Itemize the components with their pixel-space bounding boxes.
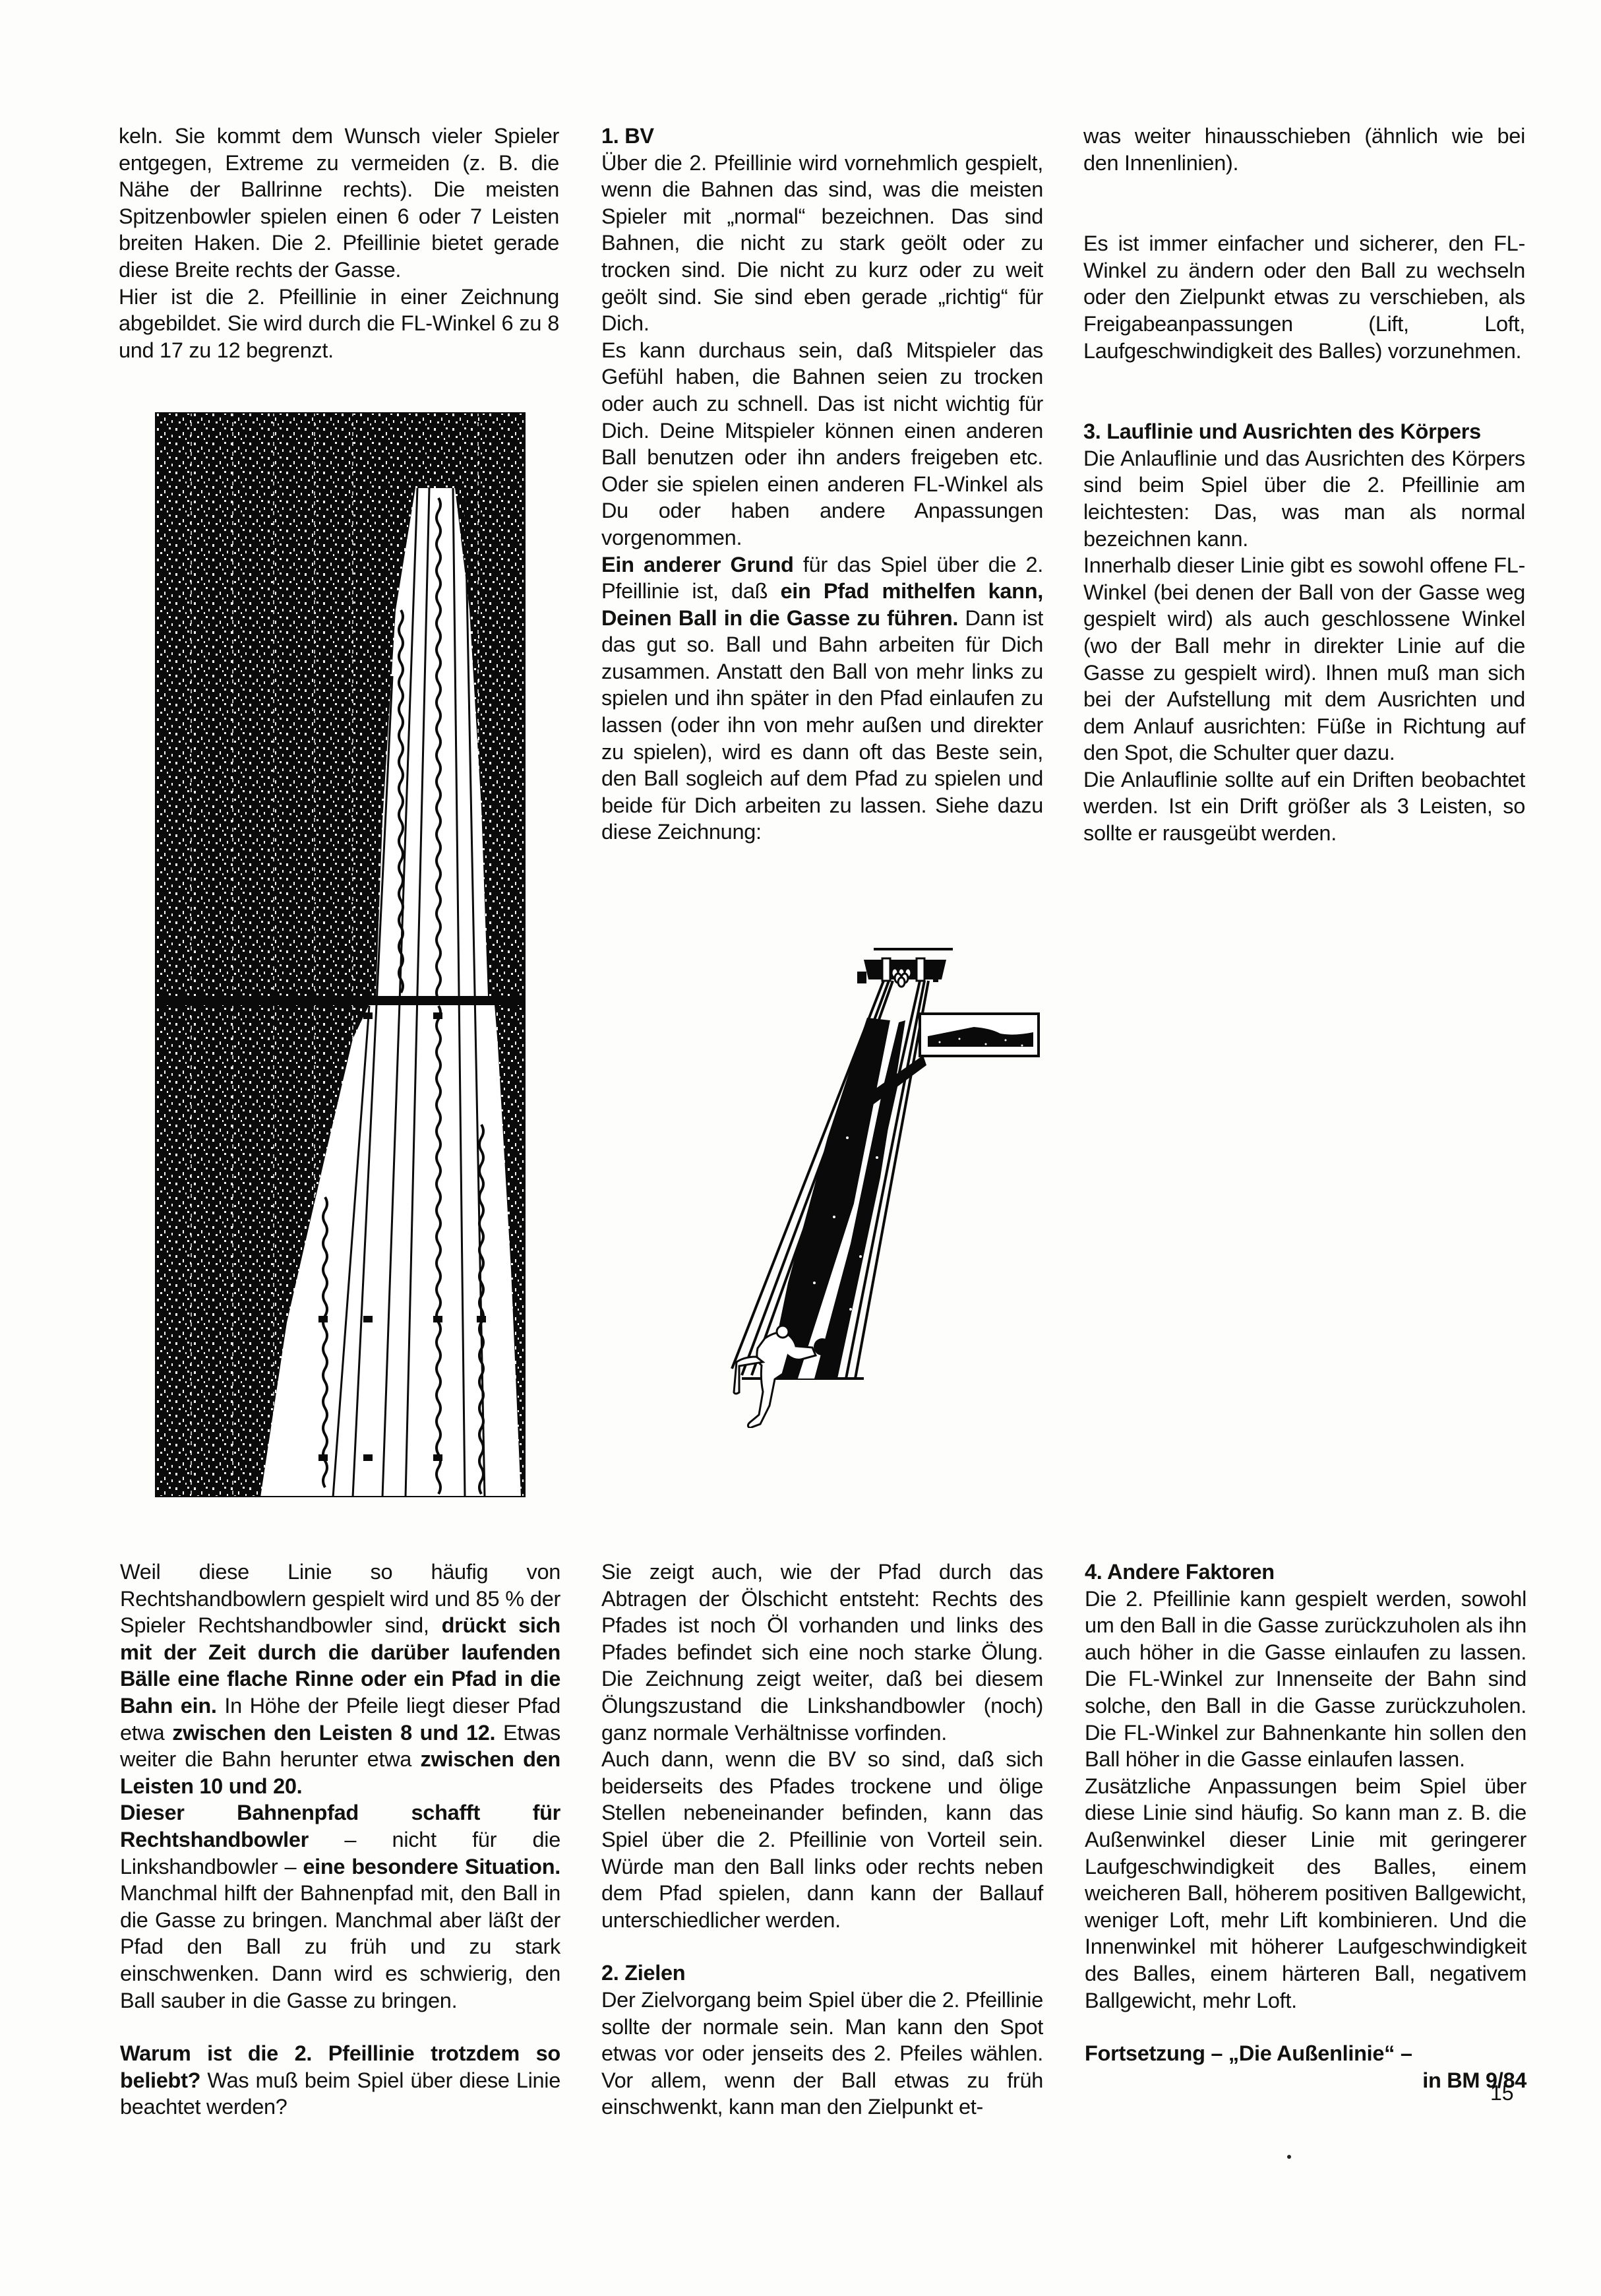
section-heading-lauflinie: 3. Lauflinie und Ausrichten des Körpers xyxy=(1083,418,1525,445)
paragraph: Die Anlauflinie und das Ausrichten des K… xyxy=(1083,445,1525,552)
paragraph: Die 2. Pfeillinie kann gespielt werden, … xyxy=(1085,1586,1526,1773)
top-column-3: was weiter hinausschieben (ähnlich wie b… xyxy=(1083,123,1525,847)
page-number: 15 xyxy=(1490,2081,1514,2105)
paragraph: Auch dann, wenn die BV so sind, daß sich… xyxy=(601,1746,1043,1933)
bottom-column-2: Sie zeigt auch, wie der Pfad durch das A… xyxy=(601,1559,1043,2121)
paragraph: Es kann durchaus sein, daß Mitspieler da… xyxy=(601,337,1043,551)
paragraph: keln. Sie kommt dem Wunsch vieler Spiele… xyxy=(119,123,559,284)
bottom-column-3: 4. Andere Faktoren Die 2. Pfeillinie kan… xyxy=(1085,1559,1526,2094)
paragraph: Dieser Bahnenpfad schafft für Rechtshand… xyxy=(120,1799,560,2014)
paragraph: Über die 2. Pfeillinie wird vornehmlich … xyxy=(601,150,1043,337)
section-heading-andere-faktoren: 4. Andere Faktoren xyxy=(1085,1559,1526,1586)
paragraph: was weiter hinausschieben (ähnlich wie b… xyxy=(1083,123,1525,176)
paragraph: Sie zeigt auch, wie der Pfad durch das A… xyxy=(601,1559,1043,1746)
top-column-1: keln. Sie kommt dem Wunsch vieler Spiele… xyxy=(119,123,559,363)
emphasis: Ein anderer Grund xyxy=(601,553,794,576)
paragraph: Zusätzliche Anpassungen beim Spiel über … xyxy=(1085,1773,1526,2014)
section-heading-bv: 1. BV xyxy=(601,123,1043,150)
paragraph: Warum ist die 2. Pfeillinie trotzdem so … xyxy=(120,2040,560,2121)
continuation-note: Fortsetzung – „Die Außenlinie“ – xyxy=(1085,2040,1526,2067)
oil-pattern-lane-diagram-icon xyxy=(155,412,526,1497)
bowler-on-lane-diagram-icon xyxy=(722,940,1315,1428)
paragraph: Innerhalb dieser Linie gibt es sowohl of… xyxy=(1083,552,1525,766)
section-heading-zielen: 2. Zielen xyxy=(601,1960,1043,1987)
scan-speck xyxy=(1287,2155,1291,2159)
paragraph: Der Zielvorgang beim Spiel über die 2. P… xyxy=(601,1987,1043,2121)
paragraph: Es ist immer einfacher und sicherer, den… xyxy=(1083,230,1525,364)
bottom-column-1: Weil diese Linie so häufig von Rechtshan… xyxy=(120,1559,560,2121)
paragraph: Hier ist die 2. Pfeillinie in einer Zeic… xyxy=(119,284,559,364)
paragraph: Weil diese Linie so häufig von Rechtshan… xyxy=(120,1559,560,1799)
continuation-issue: in BM 9/84 xyxy=(1085,2067,1526,2094)
emphasis: eine besondere Situation. xyxy=(303,1855,560,1878)
emphasis: zwischen den Leisten 8 und 12. xyxy=(172,1721,495,1745)
paragraph: Die Anlauflinie sollte auf ein Driften b… xyxy=(1083,766,1525,847)
paragraph: Ein anderer Grund für das Spiel über die… xyxy=(601,551,1043,846)
top-column-2: 1. BV Über die 2. Pfeillinie wird vorneh… xyxy=(601,123,1043,846)
